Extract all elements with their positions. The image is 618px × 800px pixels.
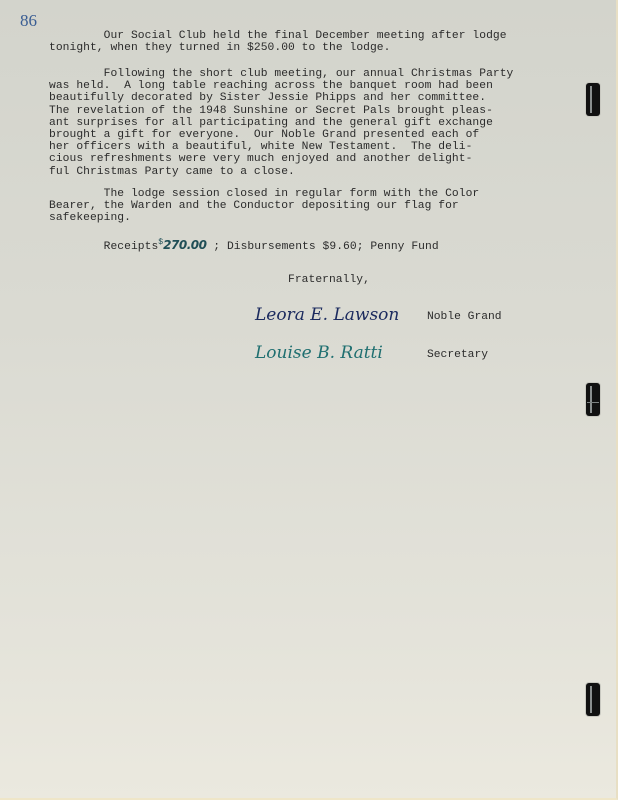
receipts-line: Receipts$270.00 ; Disbursements $9.60; P…	[49, 237, 569, 253]
page-number: 86	[20, 11, 37, 31]
signature-noble-grand: Leora E. Lawson	[255, 305, 425, 325]
handwritten-receipts-amount: 270.00	[163, 238, 206, 252]
signature-row-secretary: Louise B. Ratti Secretary	[255, 343, 425, 363]
document-page: 86 Our Social Club held the final Decemb…	[0, 0, 618, 800]
binder-clip-icon	[586, 83, 600, 116]
title-secretary: Secretary	[427, 349, 488, 361]
signature-row-noble-grand: Leora E. Lawson Noble Grand	[255, 305, 425, 325]
closing-salutation: Fraternally,	[288, 274, 618, 286]
binder-clip-icon	[586, 383, 600, 416]
signature-secretary: Louise B. Ratti	[255, 343, 425, 363]
paragraph-session-closed: The lodge session closed in regular form…	[49, 188, 569, 225]
paragraph-social-club: Our Social Club held the final December …	[49, 30, 569, 54]
disbursements-text: ; Disbursements $9.60; Penny Fund	[206, 241, 438, 253]
binder-clip-icon	[586, 683, 600, 716]
paragraph-christmas-party: Following the short club meeting, our an…	[49, 68, 569, 178]
receipts-label: Receipts	[49, 241, 158, 253]
title-noble-grand: Noble Grand	[427, 311, 502, 323]
